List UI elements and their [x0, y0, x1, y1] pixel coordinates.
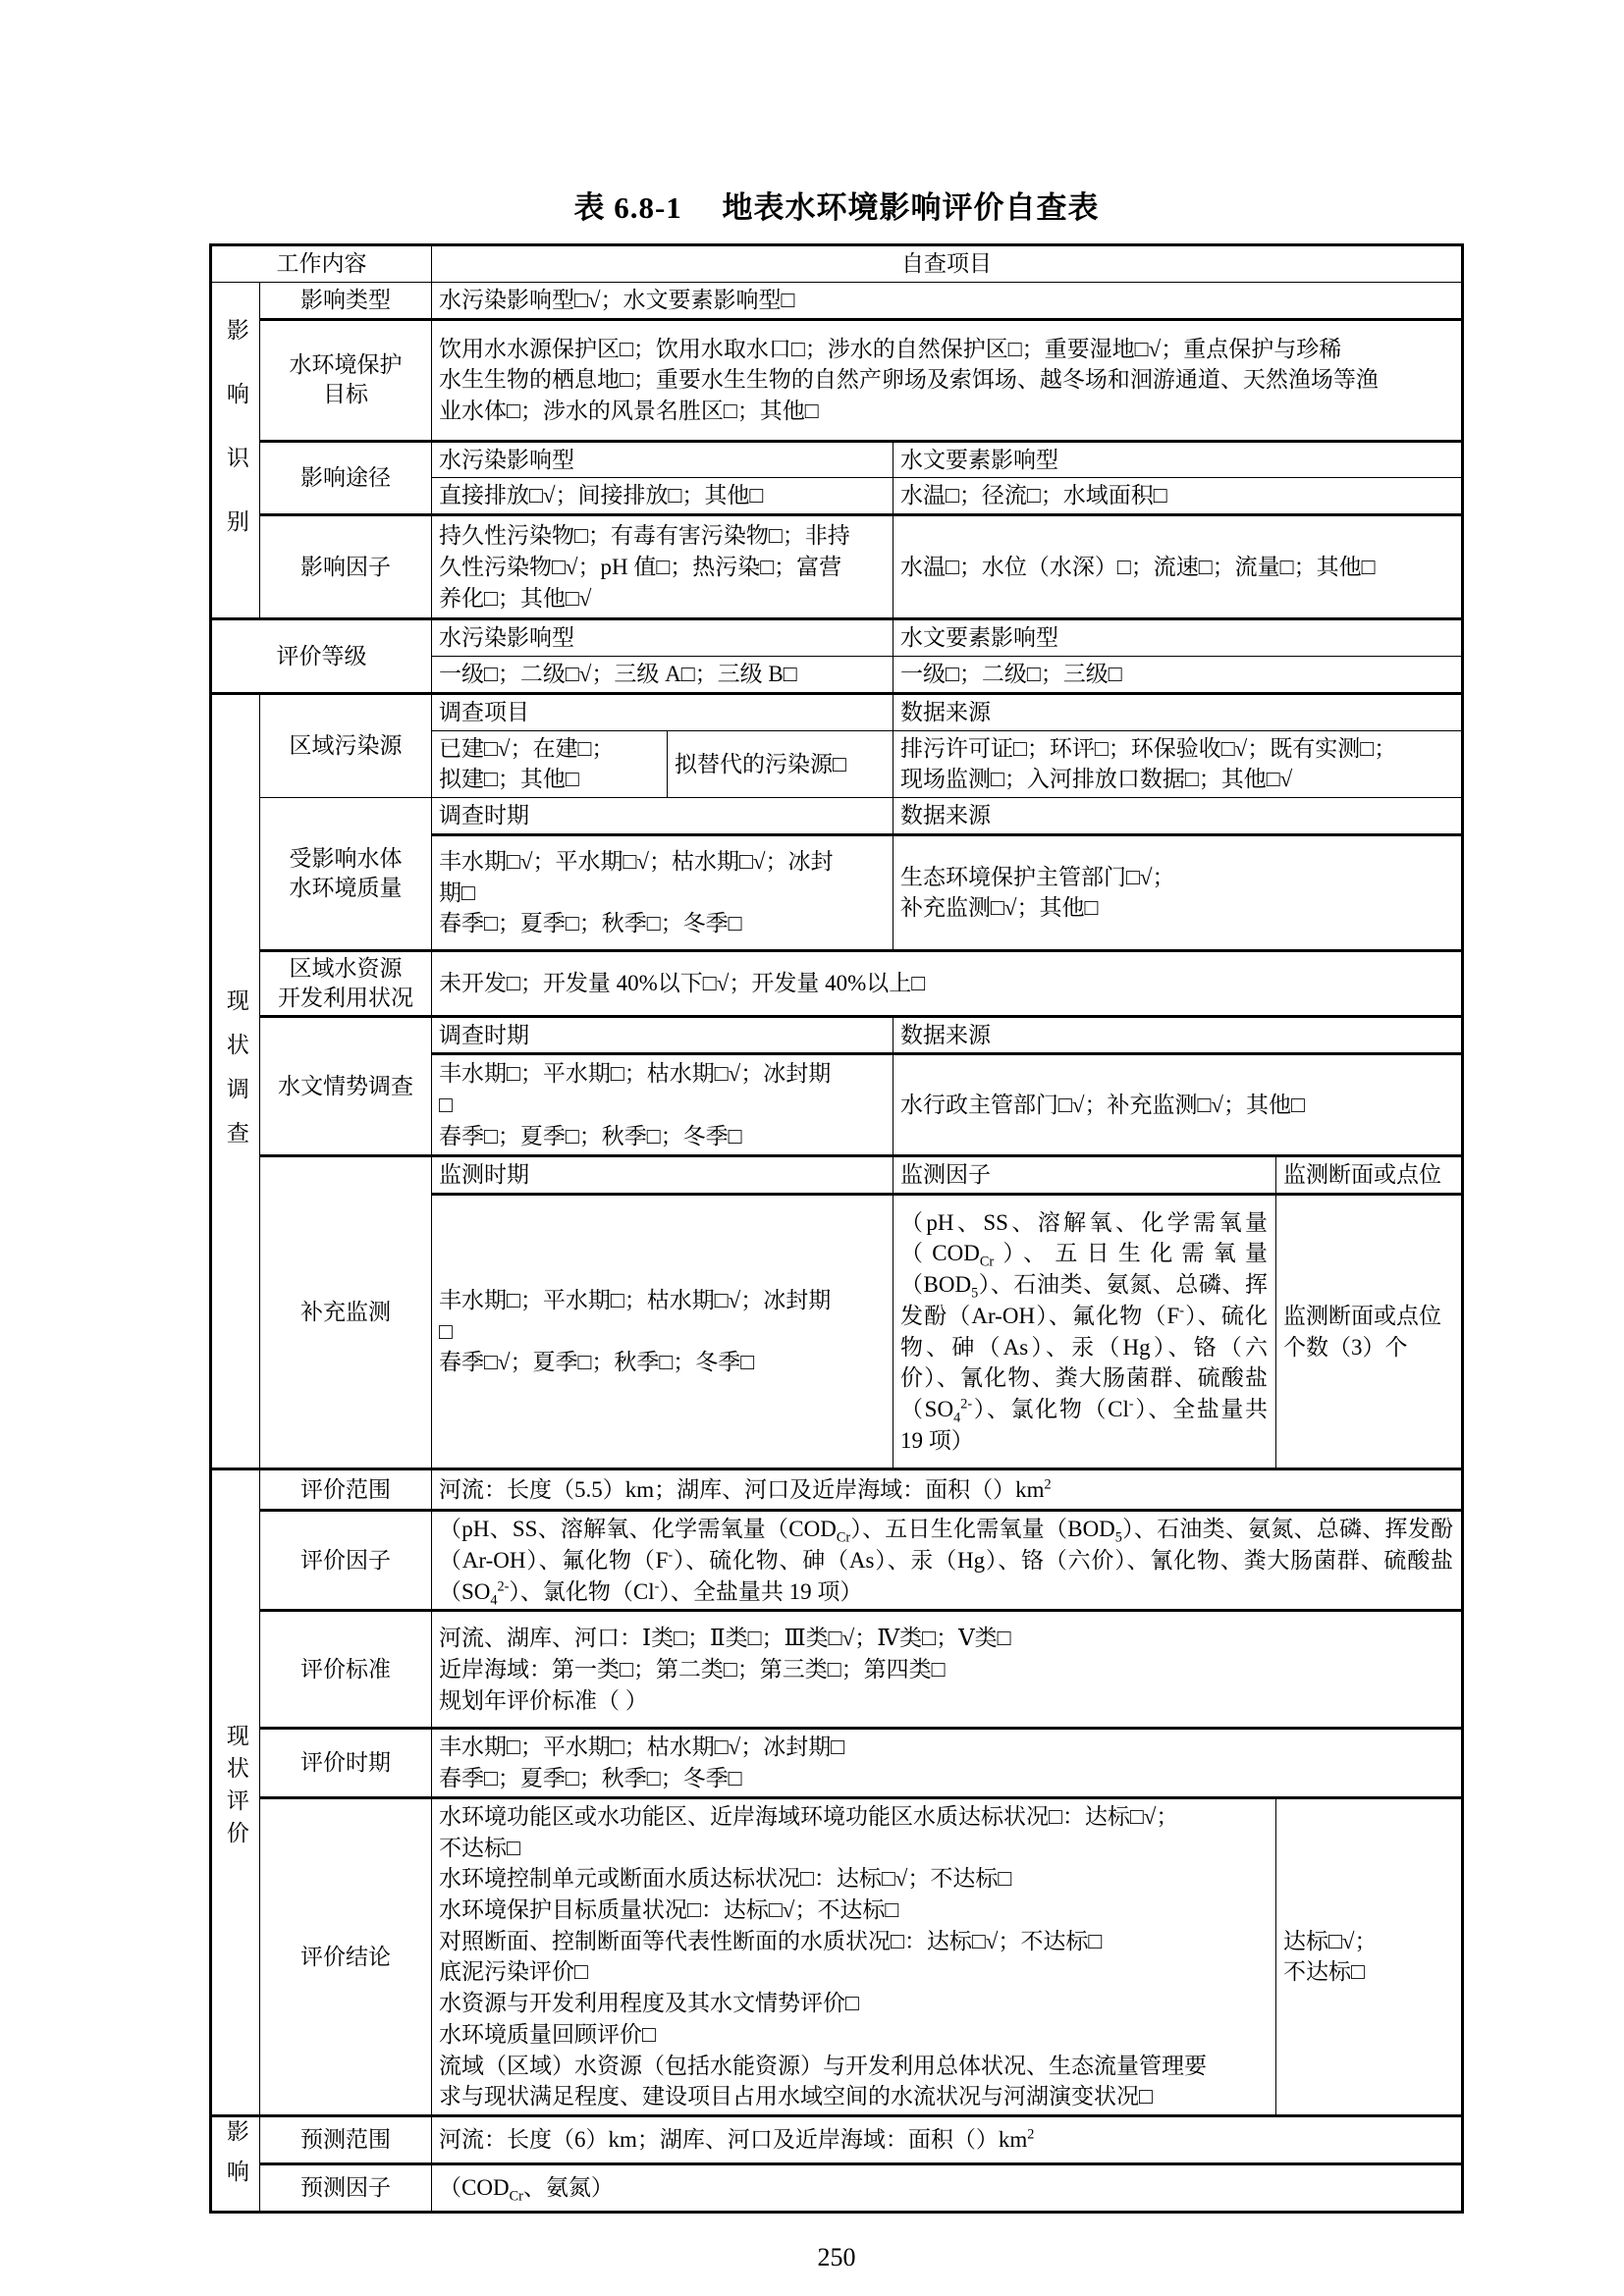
label-affected-water: 受影响水体 水环境质量: [260, 798, 432, 951]
header-self-check-items: 自查项目: [432, 245, 1463, 283]
label-impact-factors: 影响因子: [260, 515, 432, 619]
header-grade-hydrological: 水文要素影响型: [893, 619, 1463, 657]
value-grade-water-pollution: 一级□；二级□√；三级 A□；三级 B□: [432, 656, 893, 693]
header-hydro-period: 调查时期: [432, 1016, 893, 1054]
label-assessment-period: 评价时期: [260, 1729, 432, 1797]
row-prediction-scope: 影响 预测范围 河流：长度（6）km；湖库、河口及近岸海域：面积（）km2: [211, 2116, 1463, 2164]
section-label-status-assessment: 现状评价: [220, 1724, 251, 1853]
header-pollution-data-source: 数据来源: [893, 693, 1463, 730]
section-label-impact-identification: 影响识别: [220, 318, 251, 573]
row-assessment-factors: 评价因子 （pH、SS、溶解氧、化学需氧量（CODCr）、五日生化需氧量（BOD…: [211, 1511, 1463, 1611]
value-monitor-sections: 监测断面或点位个数（3）个: [1276, 1195, 1463, 1469]
value-impact-type: 水污染影响型□√；水文要素影响型□: [432, 283, 1463, 320]
header-route-hydrological: 水文要素影响型: [893, 441, 1463, 478]
value-affected-period: 丰水期□√；平水期□√；枯水期□√；冰封 期□ 春季□；夏季□；秋季□；冬季□: [432, 834, 893, 950]
row-affected-header: 受影响水体 水环境质量 调查时期 数据来源: [211, 798, 1463, 835]
value-assessment-scope: 河流：长度（5.5）km；湖库、河口及近岸海域：面积（）km2: [432, 1469, 1463, 1511]
value-assessment-conclusion: 水环境功能区或水功能区、近岸海域环境功能区水质达标状况□：达标□√； 不达标□ …: [432, 1797, 1276, 2115]
value-prediction-factors: （CODCr、氨氮）: [432, 2164, 1463, 2213]
label-protection-target: 水环境保护 目标: [260, 319, 432, 441]
row-assessment-period: 评价时期 丰水期□；平水期□；枯水期□√；冰封期□ 春季□；夏季□；秋季□；冬季…: [211, 1729, 1463, 1797]
value-protection-target: 饮用水水源保护区□；饮用水取水口□；涉水的自然保护区□；重要湿地□√；重点保护与…: [432, 319, 1463, 441]
section-impact-identification: 影响识别: [211, 283, 260, 619]
row-grade-header: 评价等级 水污染影响型 水文要素影响型: [211, 619, 1463, 657]
self-check-table: 工作内容 自查项目 影响识别 影响类型 水污染影响型□√；水文要素影响型□ 水环…: [209, 243, 1464, 2214]
value-assessment-standards: 河流、湖库、河口：Ⅰ类□；Ⅱ类□；Ⅲ类□√；Ⅳ类□；Ⅴ类□ 近岸海域：第一类□；…: [432, 1611, 1463, 1729]
header-hydro-data-source: 数据来源: [893, 1016, 1463, 1054]
header-route-water-pollution: 水污染影响型: [432, 441, 893, 478]
header-work-content: 工作内容: [211, 245, 432, 283]
header-row: 工作内容 自查项目: [211, 245, 1463, 283]
label-supplementary-monitoring: 补充监测: [260, 1156, 432, 1469]
value-hydro-data-source: 水行政主管部门□√；补充监测□√；其他□: [893, 1054, 1463, 1156]
label-regional-pollution: 区域污染源: [260, 693, 432, 797]
label-assessment-standards: 评价标准: [260, 1611, 432, 1729]
value-prediction-scope: 河流：长度（6）km；湖库、河口及近岸海域：面积（）km2: [432, 2116, 1463, 2164]
label-assessment-scope: 评价范围: [260, 1469, 432, 1511]
label-assessment-conclusion: 评价结论: [260, 1797, 432, 2115]
value-pollution-built: 已建□√；在建□； 拟建□；其他□: [432, 730, 668, 797]
row-pollution-header: 现状调查 区域污染源 调查项目 数据来源: [211, 693, 1463, 730]
row-monitor-header: 补充监测 监测时期 监测因子 监测断面或点位: [211, 1156, 1463, 1195]
value-assessment-factors: （pH、SS、溶解氧、化学需氧量（CODCr）、五日生化需氧量（BOD5）、石油…: [432, 1511, 1463, 1611]
value-hydro-period: 丰水期□；平水期□；枯水期□√；冰封期 □ 春季□；夏季□；秋季□；冬季□: [432, 1054, 893, 1156]
table-title: 表 6.8-1 地表水环境影响评价自查表: [209, 183, 1464, 227]
page-number: 250: [209, 2243, 1464, 2272]
section-status-assessment: 现状评价: [211, 1469, 260, 2116]
row-water-resources: 区域水资源 开发利用状况 未开发□；开发量 40%以下□√；开发量 40%以上□: [211, 950, 1463, 1016]
label-water-resources: 区域水资源 开发利用状况: [260, 950, 432, 1016]
label-hydro-survey: 水文情势调查: [260, 1016, 432, 1156]
value-assessment-period: 丰水期□；平水期□；枯水期□√；冰封期□ 春季□；夏季□；秋季□；冬季□: [432, 1729, 1463, 1797]
value-grade-hydrological: 一级□；二级□；三级□: [893, 656, 1463, 693]
row-impact-route-header: 影响途径 水污染影响型 水文要素影响型: [211, 441, 1463, 478]
label-prediction-scope: 预测范围: [260, 2116, 432, 2164]
value-factors-hydrological: 水温□；水位（水深）□；流速□；流量□；其他□: [893, 515, 1463, 619]
section-impact-prediction: 影响: [211, 2116, 260, 2213]
row-prediction-factors: 预测因子 （CODCr、氨氮）: [211, 2164, 1463, 2213]
value-pollution-replace: 拟替代的污染源□: [668, 730, 893, 797]
value-factors-water-pollution: 持久性污染物□；有毒有害污染物□；非持 久性污染物□√；pH 值□；热污染□；富…: [432, 515, 893, 619]
row-impact-factors: 影响因子 持久性污染物□；有毒有害污染物□；非持 久性污染物□√；pH 值□；热…: [211, 515, 1463, 619]
section-label-impact-prediction: 影响: [220, 2119, 251, 2200]
row-assessment-standards: 评价标准 河流、湖库、河口：Ⅰ类□；Ⅱ类□；Ⅲ类□√；Ⅳ类□；Ⅴ类□ 近岸海域：…: [211, 1611, 1463, 1729]
section-label-status-survey: 现状调查: [220, 988, 251, 1165]
header-monitor-factors: 监测因子: [893, 1156, 1276, 1195]
header-monitor-sections: 监测断面或点位: [1276, 1156, 1463, 1195]
label-impact-type: 影响类型: [260, 283, 432, 320]
row-assessment-conclusion: 评价结论 水环境功能区或水功能区、近岸海域环境功能区水质达标状况□：达标□√； …: [211, 1797, 1463, 2115]
value-affected-data-source: 生态环境保护主管部门□√； 补充监测□√；其他□: [893, 834, 1463, 950]
header-affected-data-source: 数据来源: [893, 798, 1463, 835]
value-route-hydrological: 水温□；径流□；水域面积□: [893, 478, 1463, 515]
row-assessment-scope: 现状评价 评价范围 河流：长度（5.5）km；湖库、河口及近岸海域：面积（）km…: [211, 1469, 1463, 1511]
row-protection-target: 水环境保护 目标 饮用水水源保护区□；饮用水取水口□；涉水的自然保护区□；重要湿…: [211, 319, 1463, 441]
value-conclusion-compliance: 达标□√； 不达标□: [1276, 1797, 1463, 2115]
label-impact-route: 影响途径: [260, 441, 432, 514]
header-monitor-period: 监测时期: [432, 1156, 893, 1195]
value-water-resources: 未开发□；开发量 40%以下□√；开发量 40%以上□: [432, 950, 1463, 1016]
document-page: 表 6.8-1 地表水环境影响评价自查表 工作内容 自查项目 影响识别 影响类型…: [209, 183, 1464, 2272]
header-affected-period: 调查时期: [432, 798, 893, 835]
value-monitor-factors: （pH、SS、溶解氧、化学需氧量（CODCr）、五日生化需氧量（BOD5）、石油…: [893, 1195, 1276, 1469]
value-route-water-pollution: 直接排放□√；间接排放□；其他□: [432, 478, 893, 515]
value-pollution-data-source: 排污许可证□；环评□；环保验收□√；既有实测□； 现场监测□；入河排放口数据□；…: [893, 730, 1463, 797]
label-assessment-factors: 评价因子: [260, 1511, 432, 1611]
header-grade-water-pollution: 水污染影响型: [432, 619, 893, 657]
row-hydro-header: 水文情势调查 调查时期 数据来源: [211, 1016, 1463, 1054]
label-prediction-factors: 预测因子: [260, 2164, 432, 2213]
header-pollution-items: 调查项目: [432, 693, 893, 730]
label-assessment-grade: 评价等级: [211, 619, 432, 694]
row-impact-type: 影响识别 影响类型 水污染影响型□√；水文要素影响型□: [211, 283, 1463, 320]
value-monitor-period: 丰水期□；平水期□；枯水期□√；冰封期 □ 春季□√；夏季□；秋季□；冬季□: [432, 1195, 893, 1469]
section-status-survey: 现状调查: [211, 693, 260, 1468]
